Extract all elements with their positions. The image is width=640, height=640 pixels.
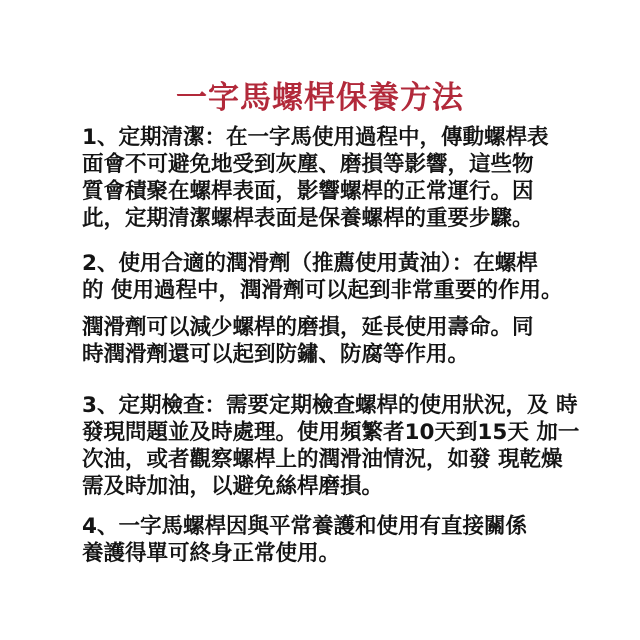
text-line: 1、定期清潔：在一字馬使用過程中，傳動螺桿表: [82, 124, 582, 151]
section-inspection: 3、定期檢查：需要定期檢查螺桿的使用狀況，及 時 發現問題並及時處理。使用頻繁者…: [82, 392, 582, 500]
text-line: 養護得單可終身正常使用。: [82, 540, 582, 567]
text-line: 發現問題並及時處理。使用頻繁者10天到15天 加一: [82, 419, 582, 446]
text-line: 時潤滑劑還可以起到防鏽、防腐等作用。: [82, 341, 582, 368]
text-line: 次油，或者觀察螺桿上的潤滑油情況，如發 現乾燥: [82, 446, 582, 473]
text-line: 的 使用過程中，潤滑劑可以起到非常重要的作用。: [82, 277, 582, 304]
section-lubricant: 2、使用合適的潤滑劑（推薦使用黃油）：在螺桿 的 使用過程中，潤滑劑可以起到非常…: [82, 250, 582, 304]
text-line: 質會積聚在螺桿表面，影響螺桿的正常運行。因: [82, 178, 582, 205]
text-line: 面會不可避免地受到灰塵、磨損等影響，這些物: [82, 151, 582, 178]
page-title: 一字馬螺桿保養方法: [0, 80, 640, 116]
text-line: 3、定期檢查：需要定期檢查螺桿的使用狀況，及 時: [82, 392, 582, 419]
text-line: 需及時加油，以避免絲桿磨損。: [82, 473, 582, 500]
section-cleaning: 1、定期清潔：在一字馬使用過程中，傳動螺桿表 面會不可避免地受到灰塵、磨損等影響…: [82, 124, 582, 232]
text-line: 此，定期清潔螺桿表面是保養螺桿的重要步驟。: [82, 205, 582, 232]
text-line: 潤滑劑可以減少螺桿的磨損，延長使用壽命。同: [82, 314, 582, 341]
document-page: 一字馬螺桿保養方法 1、定期清潔：在一字馬使用過程中，傳動螺桿表 面會不可避免地…: [0, 0, 640, 640]
section-maintenance-note: 4、一字馬螺桿因與平常養護和使用有直接關係 養護得單可終身正常使用。: [82, 513, 582, 567]
section-lubricant-benefits: 潤滑劑可以減少螺桿的磨損，延長使用壽命。同 時潤滑劑還可以起到防鏽、防腐等作用。: [82, 314, 582, 368]
text-line: 2、使用合適的潤滑劑（推薦使用黃油）：在螺桿: [82, 250, 582, 277]
text-line: 4、一字馬螺桿因與平常養護和使用有直接關係: [82, 513, 582, 540]
